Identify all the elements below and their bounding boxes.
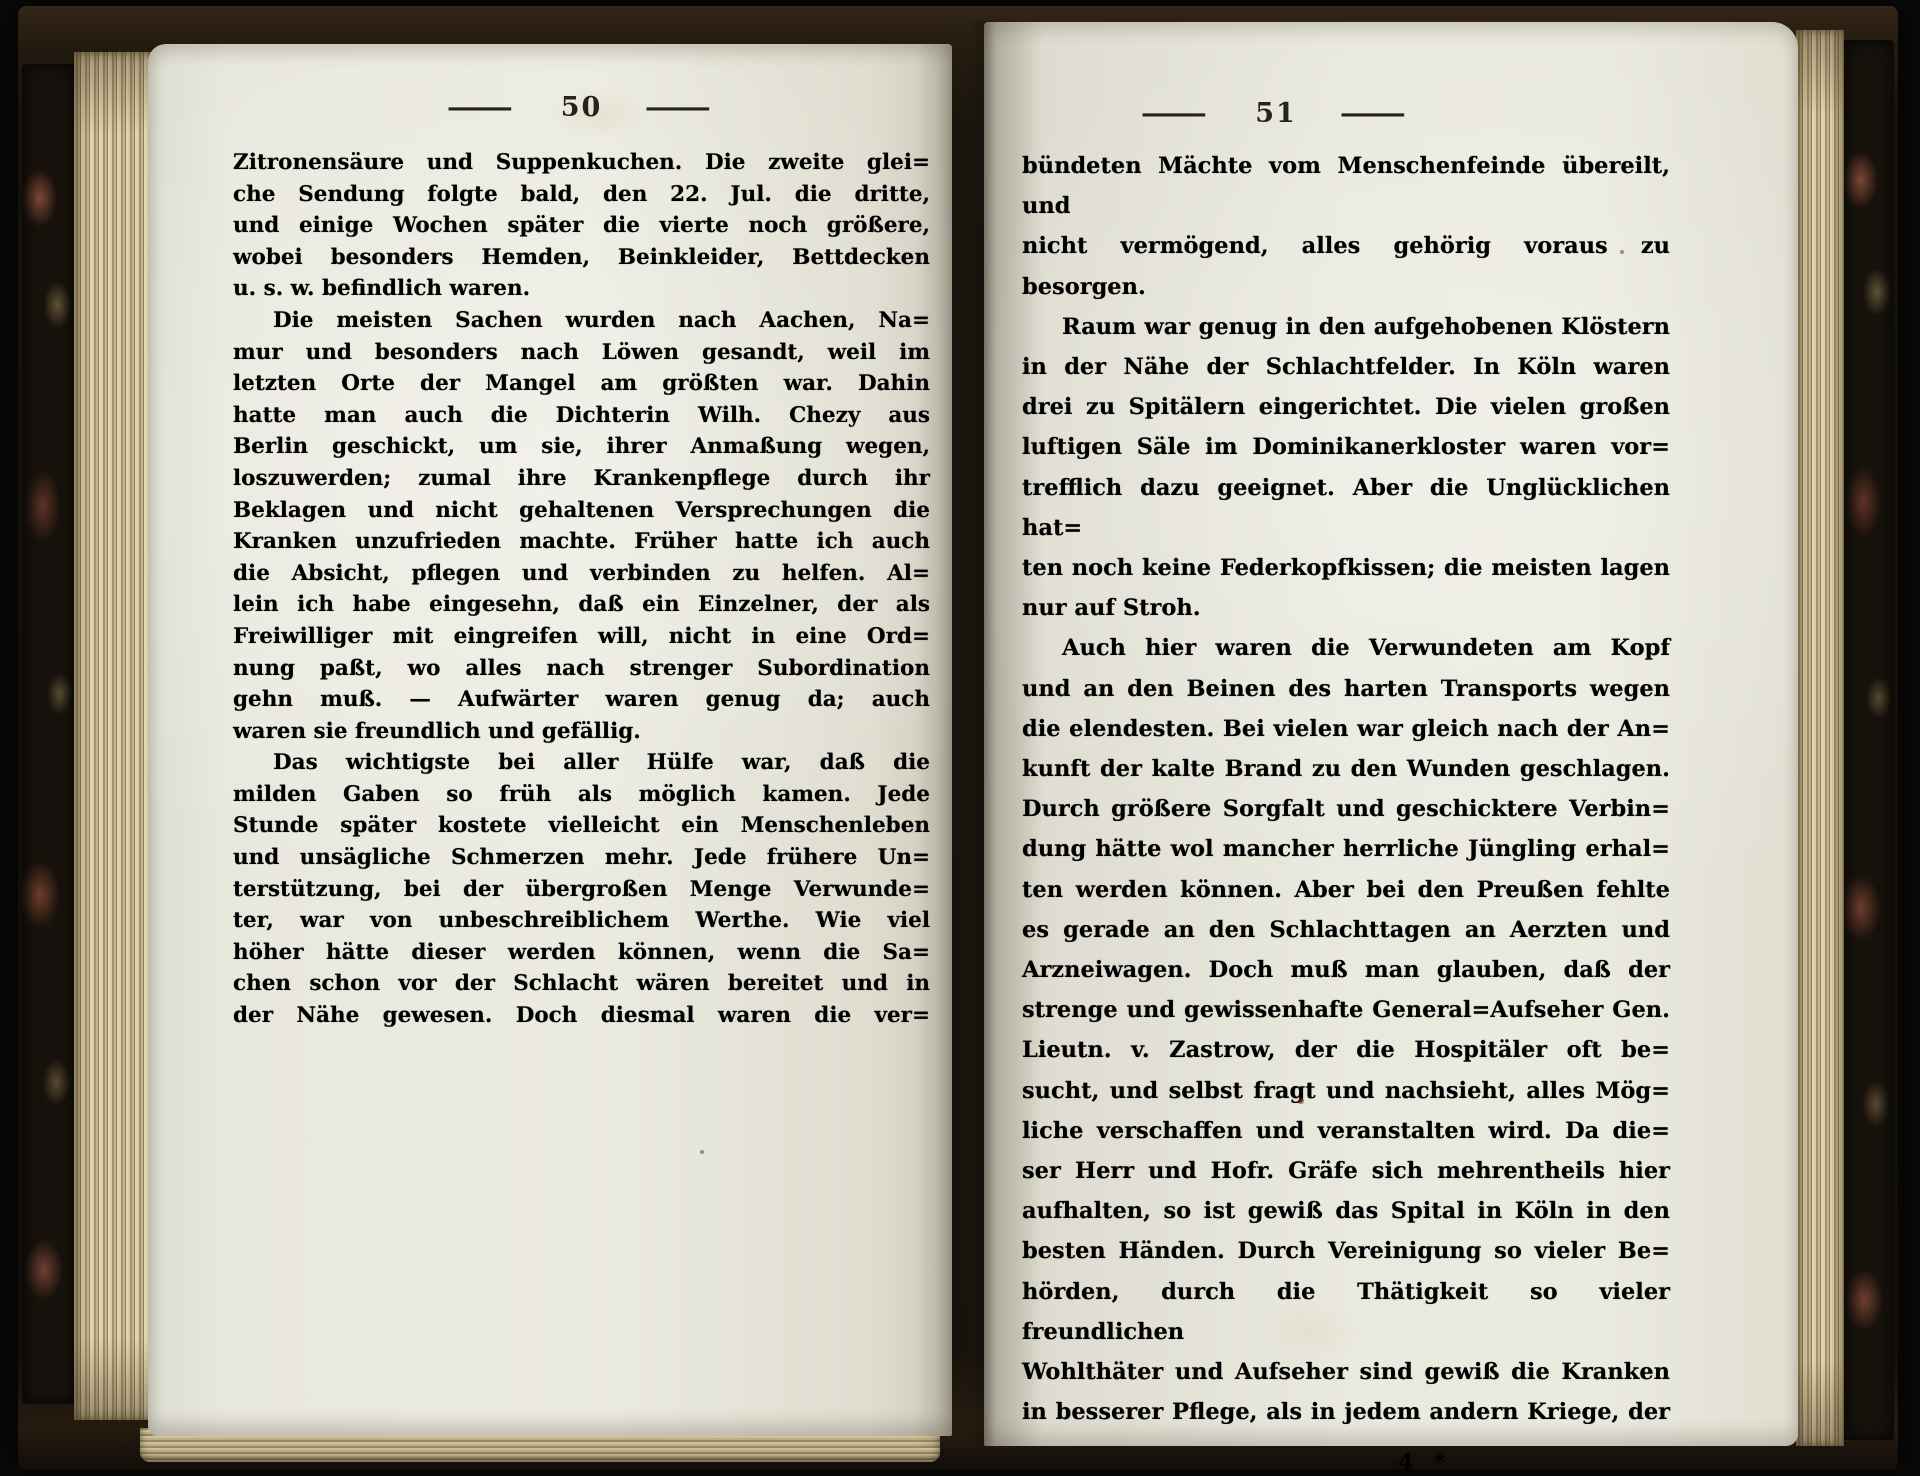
marbled-board-left bbox=[22, 64, 76, 1404]
page-header-right: — 51 — bbox=[952, 98, 1600, 129]
page-number-left: 50 bbox=[561, 92, 603, 123]
text-line: ser Herr und Hofr. Gräfe sich mehrenthei… bbox=[1022, 1151, 1670, 1191]
text-line: besten Händen. Durch Vereinigung so viel… bbox=[1022, 1231, 1670, 1271]
text-line: ten noch keine Federkopfkissen; die meis… bbox=[1022, 548, 1670, 588]
text-line: hatte man auch die Dichterin Wilh. Chezy… bbox=[233, 400, 930, 432]
marbled-board-right bbox=[1844, 40, 1894, 1440]
page-number-right: 51 bbox=[1255, 98, 1297, 129]
text-line: höher hätte dieser werden können, wenn d… bbox=[233, 937, 930, 969]
text-line: che Sendung folgte bald, den 22. Jul. di… bbox=[233, 179, 930, 211]
text-line: Lieutn. v. Zastrow, der die Hospitäler o… bbox=[1022, 1030, 1670, 1070]
text-line: drei zu Spitälern eingerichtet. Die viel… bbox=[1022, 387, 1670, 427]
text-line: Freiwilliger mit eingreifen will, nicht … bbox=[233, 621, 930, 653]
text-line: und unsägliche Schmerzen mehr. Jede früh… bbox=[233, 842, 930, 874]
text-column-left: Zitronensäure und Suppenkuchen. Die zwei… bbox=[233, 147, 930, 1032]
text-line: sucht, und selbst fragt und nachsieht, a… bbox=[1022, 1071, 1670, 1111]
text-line: wobei besonders Hemden, Beinkleider, Bet… bbox=[233, 242, 930, 274]
photo-stage: — 50 — — 51 — Zitronensäure und Suppenku… bbox=[0, 0, 1920, 1476]
text-line: Das wichtigste bei aller Hülfe war, daß … bbox=[233, 747, 930, 779]
text-line: strenge und gewissenhafte General=Aufseh… bbox=[1022, 990, 1670, 1030]
text-line: hörden, durch die Thätigkeit so vieler f… bbox=[1022, 1272, 1670, 1352]
text-line: und an den Beinen des harten Transports … bbox=[1022, 669, 1670, 709]
text-line: dung hätte wol mancher herrliche Jünglin… bbox=[1022, 829, 1670, 869]
text-line: u. s. w. befindlich waren. bbox=[233, 273, 930, 305]
text-column-right: bündeten Mächte vom Menschenfeinde übere… bbox=[1022, 146, 1670, 1476]
text-line: der Nähe gewesen. Doch diesmal waren die… bbox=[233, 1000, 930, 1032]
paper-speck bbox=[1620, 250, 1624, 254]
text-line: Beklagen und nicht gehaltenen Versprechu… bbox=[233, 495, 930, 527]
paper-speck bbox=[1298, 1098, 1304, 1104]
header-dash: — bbox=[1139, 98, 1214, 129]
text-line: Berlin geschickt, um sie, ihrer Anmaßung… bbox=[233, 431, 930, 463]
fore-edge-right bbox=[1796, 30, 1844, 1446]
header-dash: — bbox=[445, 92, 520, 123]
text-line: nur auf Stroh. bbox=[1022, 588, 1670, 628]
text-line: luftigen Säle im Dominikanerkloster ware… bbox=[1022, 427, 1670, 467]
text-line: die elendesten. Bei vielen war gleich na… bbox=[1022, 709, 1670, 749]
text-line: chen schon vor der Schlacht wären bereit… bbox=[233, 968, 930, 1000]
text-line: Raum war genug in den aufgehobenen Klöst… bbox=[1022, 307, 1670, 347]
text-line: Auch hier waren die Verwundeten am Kopf bbox=[1022, 628, 1670, 668]
text-line: milden Gaben so früh als möglich kamen. … bbox=[233, 779, 930, 811]
text-line: Wohlthäter und Aufseher sind gewiß die K… bbox=[1022, 1352, 1670, 1392]
text-line: Durch größere Sorgfalt und geschicktere … bbox=[1022, 789, 1670, 829]
signature-mark: 4 * bbox=[1022, 1443, 1670, 1476]
text-line: terstützung, bei der übergroßen Menge Ve… bbox=[233, 874, 930, 906]
text-line: ter, war von unbeschreiblichem Werthe. W… bbox=[233, 905, 930, 937]
text-line: gehn muß. — Aufwärter waren genug da; au… bbox=[233, 684, 930, 716]
text-line: ten werden können. Aber bei den Preußen … bbox=[1022, 870, 1670, 910]
text-line: letzten Orte der Mangel am größten war. … bbox=[233, 368, 930, 400]
text-line: Arzneiwagen. Doch muß man glauben, daß d… bbox=[1022, 950, 1670, 990]
text-line: liche verschaffen und veranstalten wird.… bbox=[1022, 1111, 1670, 1151]
text-line: in besserer Pflege, als in jedem andern … bbox=[1022, 1392, 1670, 1432]
paper-speck bbox=[540, 380, 544, 384]
text-line: Zitronensäure und Suppenkuchen. Die zwei… bbox=[233, 147, 930, 179]
text-line: Die meisten Sachen wurden nach Aachen, N… bbox=[233, 305, 930, 337]
text-line: es gerade an den Schlachttagen an Aerzte… bbox=[1022, 910, 1670, 950]
text-line: trefflich dazu geeignet. Aber die Unglüc… bbox=[1022, 468, 1670, 548]
page-header-left: — 50 — bbox=[233, 92, 930, 123]
text-line: Kranken unzufrieden machte. Früher hatte… bbox=[233, 526, 930, 558]
header-dash: — bbox=[643, 92, 718, 123]
text-line: lein ich habe eingesehn, daß ein Einzeln… bbox=[233, 589, 930, 621]
paper-speck bbox=[700, 1150, 704, 1154]
text-line: aufhalten, so ist gewiß das Spital in Kö… bbox=[1022, 1191, 1670, 1231]
text-line: loszuwerden; zumal ihre Krankenpflege du… bbox=[233, 463, 930, 495]
text-line: Stunde später kostete vielleicht ein Men… bbox=[233, 810, 930, 842]
text-line: in der Nähe der Schlachtfelder. In Köln … bbox=[1022, 347, 1670, 387]
text-line: nicht vermögend, alles gehörig voraus zu… bbox=[1022, 226, 1670, 306]
text-line: und einige Wochen später die vierte noch… bbox=[233, 210, 930, 242]
header-dash: — bbox=[1338, 98, 1413, 129]
text-line: waren sie freundlich und gefällig. bbox=[233, 716, 930, 748]
text-line: nung paßt, wo alles nach strenger Subord… bbox=[233, 653, 930, 685]
text-line: die Absicht, pflegen und verbinden zu he… bbox=[233, 558, 930, 590]
text-line: bündeten Mächte vom Menschenfeinde übere… bbox=[1022, 146, 1670, 226]
text-line: mur und besonders nach Löwen gesandt, we… bbox=[233, 337, 930, 369]
text-line: kunft der kalte Brand zu den Wunden gesc… bbox=[1022, 749, 1670, 789]
